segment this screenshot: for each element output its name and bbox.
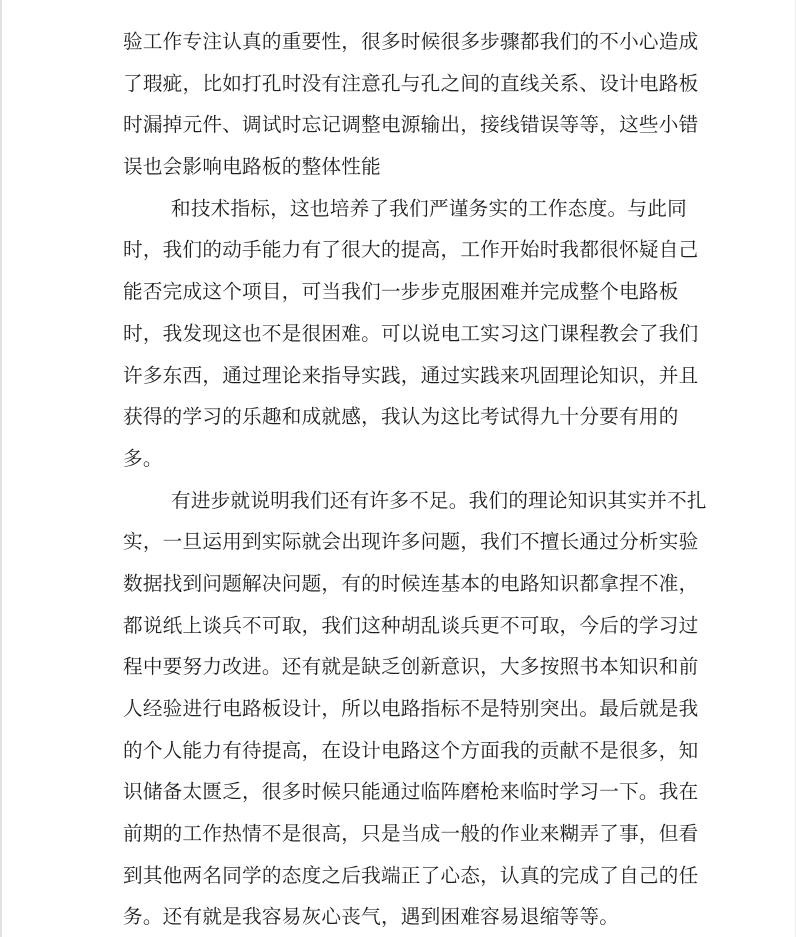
text-line: 数据找到问题解决问题，有的时候连基本的电路知识都拿捏不准， (123, 563, 669, 605)
text-line: 验工作专注认真的重要性，很多时候很多步骤都我们的不小心造成 (123, 21, 669, 63)
text-line: 了瑕疵，比如打孔时没有注意孔与孔之间的直线关系、设计电路板 (123, 63, 669, 105)
text-line: 人经验进行电路板设计，所以电路指标不是特别突出。最后就是我 (123, 688, 669, 730)
text-line: 到其他两名同学的态度之后我端正了心态，认真的完成了自己的任 (123, 855, 669, 897)
paragraph-1: 验工作专注认真的重要性，很多时候很多步骤都我们的不小心造成 了瑕疵，比如打孔时没… (123, 21, 669, 188)
text-line-indented: 和技术指标，这也培养了我们严谨务实的工作态度。与此同 (123, 188, 669, 230)
document-page: 验工作专注认真的重要性，很多时候很多步骤都我们的不小心造成 了瑕疵，比如打孔时没… (0, 0, 796, 937)
text-line: 程中要努力改进。还有就是缺乏创新意识，大多按照书本知识和前 (123, 646, 669, 688)
text-line: 务。还有就是我容易灰心丧气，遇到困难容易退缩等等。 (123, 896, 669, 937)
text-line: 都说纸上谈兵不可取，我们这种胡乱谈兵更不可取，今后的学习过 (123, 605, 669, 647)
text-line: 误也会影响电路板的整体性能 (123, 146, 669, 188)
text-line: 前期的工作热情不是很高，只是当成一般的作业来糊弄了事，但看 (123, 813, 669, 855)
paragraph-3: 有进步就说明我们还有许多不足。我们的理论知识其实并不扎 实，一旦运用到实际就会出… (123, 480, 669, 937)
text-line-indented: 有进步就说明我们还有许多不足。我们的理论知识其实并不扎 (123, 480, 669, 522)
text-line: 识储备太匮乏，很多时候只能通过临阵磨枪来临时学习一下。我在 (123, 771, 669, 813)
text-line: 的个人能力有待提高，在设计电路这个方面我的贡献不是很多，知 (123, 730, 669, 772)
text-line: 实，一旦运用到实际就会出现许多问题，我们不擅长通过分析实验 (123, 521, 669, 563)
text-line: 多。 (123, 438, 669, 480)
paragraph-2: 和技术指标，这也培养了我们严谨务实的工作态度。与此同 时，我们的动手能力有了很大… (123, 188, 669, 480)
document-body: 验工作专注认真的重要性，很多时候很多步骤都我们的不小心造成 了瑕疵，比如打孔时没… (123, 21, 669, 937)
text-line: 获得的学习的乐趣和成就感，我认为这比考试得九十分要有用的 (123, 396, 669, 438)
text-line: 时，我们的动手能力有了很大的提高，工作开始时我都很怀疑自己 (123, 229, 669, 271)
text-line: 能否完成这个项目，可当我们一步步克服困难并完成整个电路板 (123, 271, 669, 313)
text-line: 时漏掉元件、调试时忘记调整电源输出，接线错误等等，这些小错 (123, 104, 669, 146)
text-line: 许多东西，通过理论来指导实践，通过实践来巩固理论知识，并且 (123, 355, 669, 397)
text-line: 时，我发现这也不是很困难。可以说电工实习这门课程教会了我们 (123, 313, 669, 355)
